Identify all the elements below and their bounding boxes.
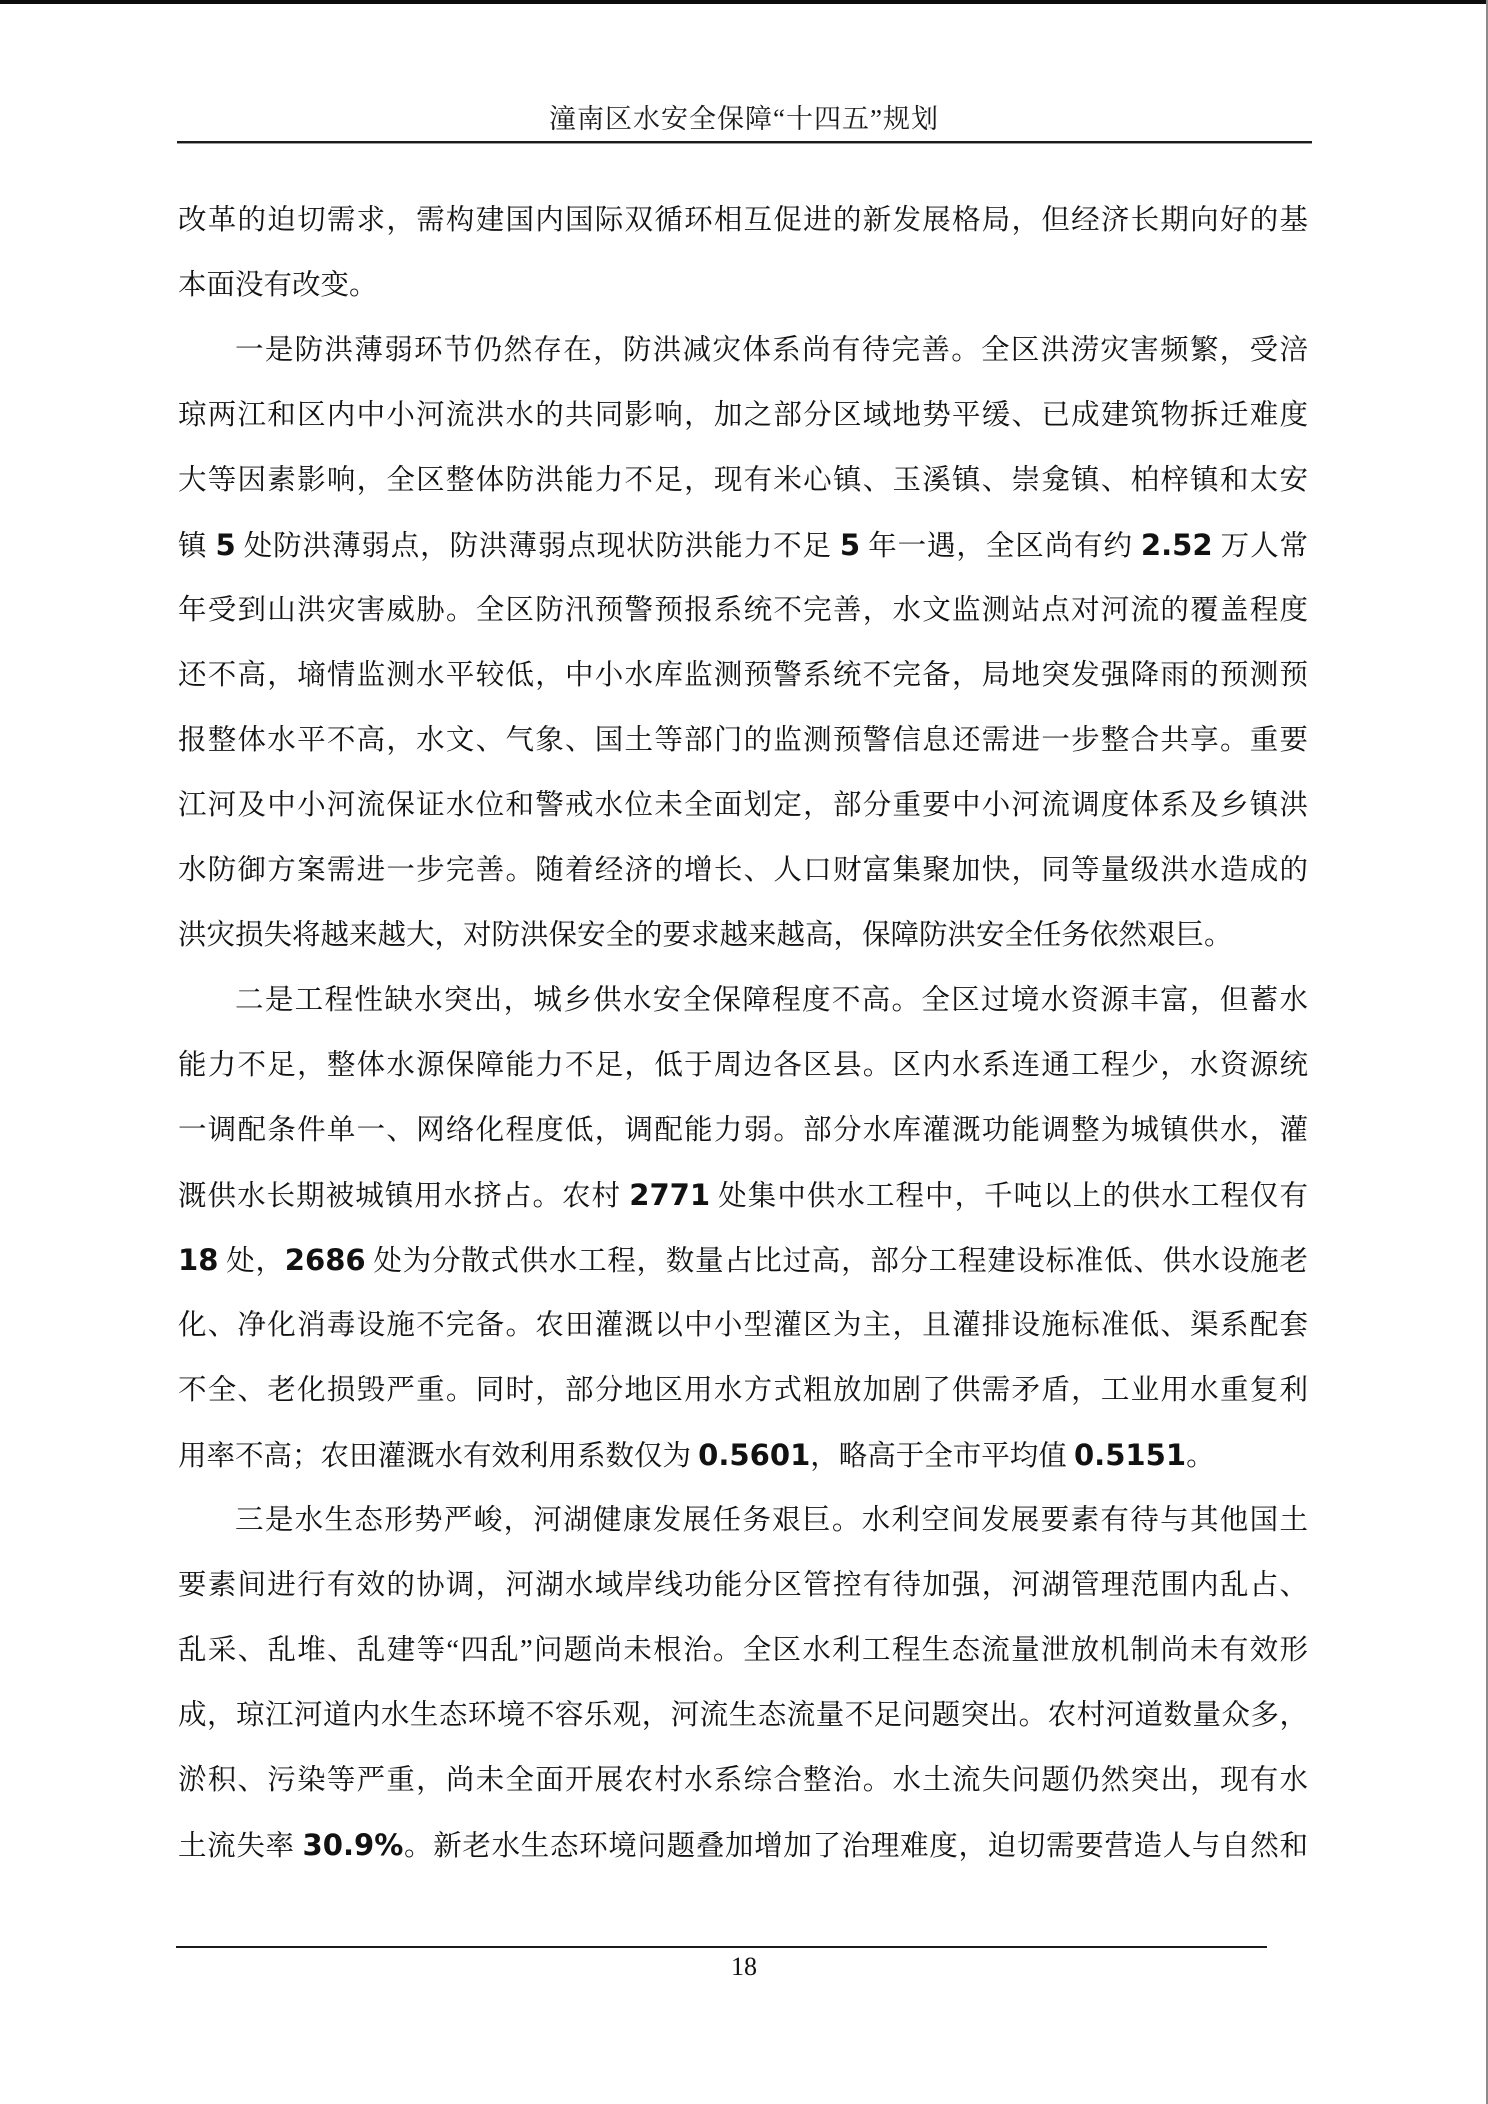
number-text: 0.5601 bbox=[698, 1438, 810, 1472]
header-rule bbox=[177, 141, 1312, 144]
body-line: 水防御方案需进一步完善。随着经济的增长、人口财富集聚加快，同等量级洪水造成的 bbox=[178, 838, 1308, 903]
body-line: 年受到山洪灾害威胁。全区防汛预警预报系统不完善，水文监测站点对河流的覆盖程度 bbox=[178, 578, 1308, 643]
body-line: 江河及中小河流保证水位和警戒水位未全面划定，部分重要中小河流调度体系及乡镇洪 bbox=[178, 773, 1308, 838]
number-text: 2771 bbox=[629, 1178, 710, 1212]
body-line: 溉供水长期被城镇用水挤占。农村 2771 处集中供水工程中，千吨以上的供水工程仅… bbox=[178, 1163, 1308, 1228]
body-line: 改革的迫切需求，需构建国内国际双循环相互促进的新发展格局，但经济长期向好的基 bbox=[178, 188, 1308, 253]
number-text: 5 bbox=[215, 528, 235, 562]
body-line: 报整体水平不高，水文、气象、国土等部门的监测预警信息还需进一步整合共享。重要 bbox=[178, 708, 1308, 773]
number-text: 2686 bbox=[285, 1243, 366, 1277]
body-line: 淤积、污染等严重，尚未全面开展农村水系综合整治。水土流失问题仍然突出，现有水 bbox=[178, 1748, 1308, 1813]
body-line: 镇 5 处防洪薄弱点，防洪薄弱点现状防洪能力不足 5 年一遇，全区尚有约 2.5… bbox=[178, 513, 1308, 578]
body-line: 还不高，墒情监测水平较低，中小水库监测预警系统不完备，局地突发强降雨的预测预 bbox=[178, 643, 1308, 708]
body-line: 要素间进行有效的协调，河湖水域岸线功能分区管控有待加强，河湖管理范围内乱占、 bbox=[178, 1553, 1308, 1618]
body-line: 化、净化消毒设施不完备。农田灌溉以中小型灌区为主，且灌排设施标准低、渠系配套 bbox=[178, 1293, 1308, 1358]
page-top-border bbox=[0, 0, 1488, 4]
body-line: 二是工程性缺水突出，城乡供水安全保障程度不高。全区过境水资源丰富，但蓄水 bbox=[178, 968, 1308, 1033]
body-line: 用率不高；农田灌溉水有效利用系数仅为 0.5601，略高于全市平均值 0.515… bbox=[178, 1423, 1308, 1488]
number-text: 18 bbox=[178, 1243, 218, 1277]
body-line: 大等因素影响，全区整体防洪能力不足，现有米心镇、玉溪镇、崇龛镇、柏梓镇和太安 bbox=[178, 448, 1308, 513]
document-page: 潼南区水安全保障“十四五”规划 改革的迫切需求，需构建国内国际双循环相互促进的新… bbox=[0, 0, 1488, 2104]
body-line: 本面没有改变。 bbox=[178, 253, 1308, 318]
number-text: 2.52 bbox=[1141, 528, 1213, 562]
number-text: 0.5151 bbox=[1074, 1438, 1186, 1472]
body-text: 改革的迫切需求，需构建国内国际双循环相互促进的新发展格局，但经济长期向好的基本面… bbox=[178, 188, 1308, 1878]
body-line: 成，琼江河道内水生态环境不容乐观，河流生态流量不足问题突出。农村河道数量众多， bbox=[178, 1683, 1308, 1748]
number-text: 5 bbox=[840, 528, 860, 562]
page-number: 18 bbox=[0, 1950, 1488, 1984]
body-line: 土流失率 30.9%。新老水生态环境问题叠加增加了治理难度，迫切需要营造人与自然… bbox=[178, 1813, 1308, 1878]
body-line: 18 处，2686 处为分散式供水工程，数量占比过高，部分工程建设标准低、供水设… bbox=[178, 1228, 1308, 1293]
header-title: 潼南区水安全保障“十四五”规划 bbox=[0, 102, 1488, 136]
number-text: 30.9% bbox=[303, 1828, 404, 1862]
body-line: 三是水生态形势严峻，河湖健康发展任务艰巨。水利空间发展要素有待与其他国土 bbox=[178, 1488, 1308, 1553]
body-line: 能力不足，整体水源保障能力不足，低于周边各区县。区内水系连通工程少，水资源统 bbox=[178, 1033, 1308, 1098]
footer-rule bbox=[176, 1946, 1267, 1948]
body-line: 一是防洪薄弱环节仍然存在，防洪减灾体系尚有待完善。全区洪涝灾害频繁，受涪 bbox=[178, 318, 1308, 383]
body-line: 琼两江和区内中小河流洪水的共同影响，加之部分区域地势平缓、已成建筑物拆迁难度 bbox=[178, 383, 1308, 448]
body-line: 洪灾损失将越来越大，对防洪保安全的要求越来越高，保障防洪安全任务依然艰巨。 bbox=[178, 903, 1308, 968]
body-line: 乱采、乱堆、乱建等“四乱”问题尚未根治。全区水利工程生态流量泄放机制尚未有效形 bbox=[178, 1618, 1308, 1683]
body-line: 一调配条件单一、网络化程度低，调配能力弱。部分水库灌溉功能调整为城镇供水，灌 bbox=[178, 1098, 1308, 1163]
body-line: 不全、老化损毁严重。同时，部分地区用水方式粗放加剧了供需矛盾，工业用水重复利 bbox=[178, 1358, 1308, 1423]
